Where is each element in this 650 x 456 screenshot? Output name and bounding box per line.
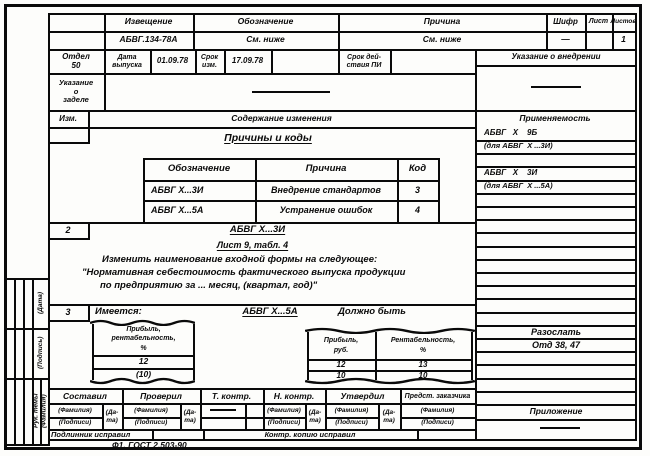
causes-header-designation: Обозначение [143, 160, 255, 179]
margin-date-label: (Дата) [33, 280, 48, 326]
ruled-line [477, 153, 635, 155]
signature-col-customer-rep: Предст. заказчика [400, 390, 475, 403]
ruled-line [477, 378, 635, 380]
change-term-value: 17.09.78 [224, 50, 271, 73]
change-term-label: Срок изм. [195, 50, 224, 73]
date-placeholder: (Да- та) [180, 404, 200, 429]
signature-col-tcontrol: Т. контр. [200, 390, 263, 403]
date-placeholder: (Да- та) [305, 404, 325, 429]
causes-header-code: Код [397, 160, 438, 179]
appendix-label: Приложение [475, 405, 637, 419]
family-placeholder: (Фамилия) [122, 404, 180, 417]
signature-col-checked: Проверил [122, 390, 200, 403]
content-column-header: Содержание изменения [88, 111, 475, 127]
ruled-line [477, 193, 635, 195]
form-gost-reference: Ф1. ГОСТ 2.503-90 [112, 441, 242, 450]
ruled-line [477, 259, 635, 261]
applicability-column-header: Применяемость [475, 111, 635, 127]
sheet-column-header: Лист [585, 14, 612, 30]
ruled-line [477, 206, 635, 208]
right-table-value: 12 [307, 360, 375, 370]
left-table-value: (10) [92, 369, 195, 380]
grid-line [475, 49, 477, 439]
family-placeholder: (Фамилия) [263, 404, 305, 417]
reason-value: См. ниже [338, 32, 546, 48]
tcontrol-dash [210, 409, 236, 411]
signs-placeholder: (Подписи) [48, 417, 102, 429]
distribute-depts: Отд 38, 47 [475, 339, 637, 351]
grid-line [48, 127, 477, 129]
control-copy-corrected-label: Контр. копию исправил [203, 430, 417, 440]
causes-row-reason: Устранение ошибок [255, 202, 397, 218]
family-placeholder: (Фамилия) [400, 404, 475, 417]
date-placeholder: (Да- та) [378, 404, 400, 429]
right-table-value: 10 [307, 371, 375, 381]
family-placeholder: (Фамилия) [48, 404, 102, 417]
grid-line [635, 13, 637, 441]
signature-col-ncontrol: Н. контр. [263, 390, 325, 403]
original-corrected-label: Подлинник исправил [51, 430, 151, 440]
change2-text-line: по предприятию за ... месяц, (квартал, г… [100, 280, 470, 292]
ruled-line [477, 312, 635, 314]
ruled-line [477, 364, 635, 366]
designation-column-header: Обозначение [193, 14, 338, 30]
issue-date-value: 01.09.78 [150, 50, 195, 73]
grid-line [48, 73, 477, 75]
implementation-label: Указание о внедрении [475, 50, 637, 65]
applicability-item-for: (для АБВГ Х ...3И) [484, 141, 632, 152]
change2-text-line: "Нормативная себестоимость фактического … [82, 267, 474, 279]
code-column-header: Шифр [546, 14, 585, 30]
applicability-item: АБВГ Х 3И [484, 168, 632, 179]
ruled-line [477, 351, 635, 353]
reserve-dash [252, 91, 330, 93]
reason-column-header: Причина [338, 14, 546, 30]
signs-placeholder: (Подписи) [400, 417, 475, 429]
grid-line [48, 320, 90, 322]
change-number: 3 [48, 305, 88, 320]
appendix-dash [540, 427, 580, 429]
table-border [471, 332, 473, 380]
grid-line [390, 49, 392, 73]
ruled-line [477, 298, 635, 300]
sheets-value: 1 [612, 32, 635, 48]
change2-text-line: Изменить наименование входной формы на с… [102, 254, 472, 266]
left-table-header: Прибыль, рентабельность, % [94, 324, 193, 354]
reserve-label: Указание о заделе [48, 74, 104, 110]
right-table-header: Рентабельность, % [375, 333, 471, 358]
rev-column-header: Изм. [48, 111, 88, 127]
causes-row-code: 4 [397, 202, 438, 218]
table-border [438, 158, 440, 222]
grid-line [152, 429, 154, 439]
date-placeholder: (Да- та) [102, 404, 122, 429]
causes-row-designation: АБВГ Х...3И [151, 182, 255, 198]
designation-value: См. ниже [193, 32, 338, 48]
signature-col-approved: Утвердил [325, 390, 400, 403]
margin-family-label: (Фамилия) [40, 380, 48, 442]
left-table-value: 12 [92, 356, 195, 368]
ruled-line [477, 219, 635, 221]
department-cell: Отдел 50 [48, 50, 104, 73]
distribute-label: Разослать [475, 326, 637, 338]
ruled-line [477, 272, 635, 274]
ruled-line [477, 285, 635, 287]
causes-header-reason: Причина [255, 160, 397, 179]
margin-sign-label: (Подпись) [33, 330, 48, 376]
right-table-value: 13 [375, 360, 471, 370]
margin-line [14, 278, 16, 446]
change3-should-label: Должно быть [338, 306, 418, 319]
issue-date-label: Дата выпуска [104, 50, 150, 73]
change2-doc: АБВГ Х...3И [195, 224, 320, 237]
change3-doc: АБВГ Х...5А [220, 306, 320, 319]
right-table-header: Прибыль, руб. [307, 333, 375, 358]
grid-line [88, 222, 90, 238]
implementation-dash [531, 86, 581, 88]
signs-placeholder: (Подписи) [122, 417, 180, 429]
grid-line [48, 142, 90, 144]
ruled-line [477, 246, 635, 248]
code-value: — [546, 32, 585, 48]
grid-line [475, 65, 637, 67]
causes-row-code: 3 [397, 182, 438, 198]
change-notice-form: Извещение Обозначение Причина Шифр Лист … [0, 0, 650, 456]
grid-line [271, 49, 273, 73]
change2-ref: Лист 9, табл. 4 [195, 239, 310, 252]
validity-label: Срок дей- ствия ПИ [338, 50, 390, 73]
change3-has-label: Имеется: [95, 306, 157, 319]
notice-number: АБВГ.134-78А [104, 32, 193, 48]
applicability-item: АБВГ Х 9Б [484, 128, 632, 139]
signs-placeholder: (Подписи) [325, 417, 378, 429]
signs-placeholder: (Подписи) [263, 417, 305, 429]
grid-line [417, 429, 419, 439]
margin-role-label: Рук. темы [32, 380, 40, 442]
grid-line [48, 238, 90, 240]
margin-line [23, 278, 25, 446]
signature-col-compiled: Составил [48, 390, 122, 403]
sheets-column-header: Листов [612, 14, 635, 30]
causes-row-designation: АБВГ Х...5А [151, 202, 255, 218]
causes-title: Причины и коды [88, 131, 448, 146]
grid-line [475, 419, 637, 421]
applicability-item-for: (для АБВГ Х ...5А) [484, 181, 632, 192]
grid-line [245, 403, 247, 429]
causes-row-reason: Внедрение стандартов [255, 182, 397, 198]
ruled-line [477, 232, 635, 234]
ruled-line [477, 391, 635, 393]
right-table-value: 10 [375, 371, 471, 381]
family-placeholder: (Фамилия) [325, 404, 378, 417]
change-number: 2 [48, 223, 88, 238]
notice-column-header: Извещение [104, 14, 193, 30]
